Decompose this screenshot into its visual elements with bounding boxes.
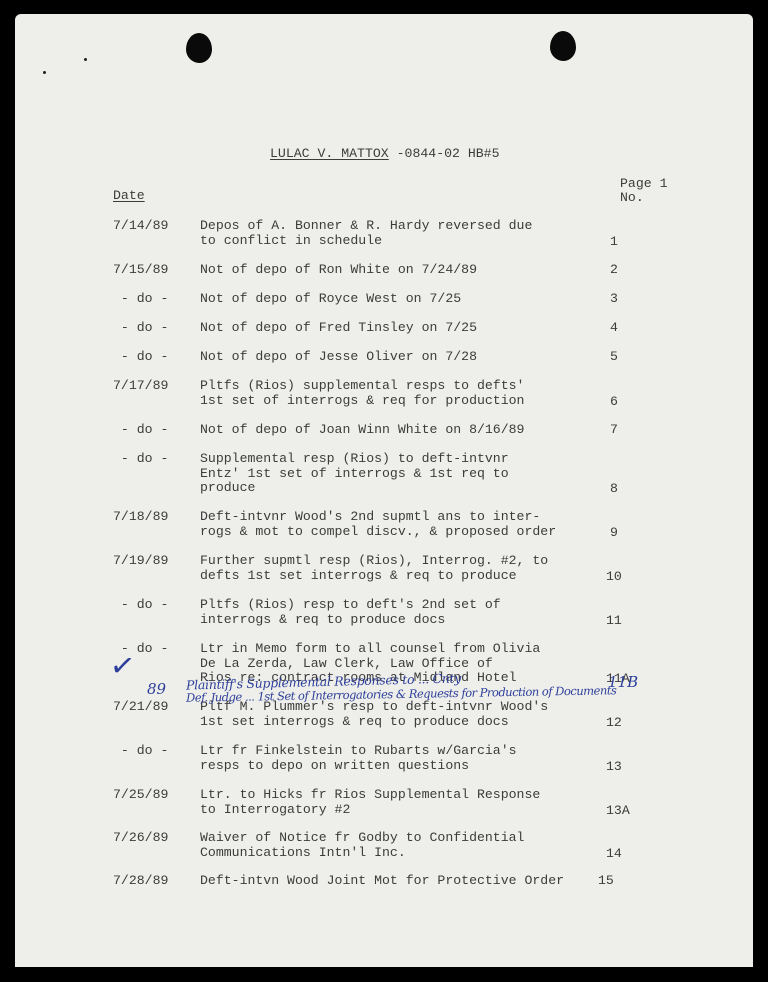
entry-description-line: resps to depo on written questions [200, 758, 469, 773]
entry-number: 1 [610, 234, 618, 249]
entry-date: - do - [113, 743, 168, 758]
entry-description-line: Pltfs (Rios) supplemental resps to defts… [200, 378, 524, 393]
punch-hole [550, 31, 576, 61]
entry-description-line: defts 1st set interrogs & req to produce [200, 568, 517, 583]
entry-description-line: to Interrogatory #2 [200, 802, 350, 817]
entry-number: 7 [610, 422, 618, 437]
entry-description-line: to conflict in schedule [200, 233, 382, 248]
handwritten-year: 89 [147, 683, 166, 696]
entry-date: - do - [113, 597, 168, 612]
handwritten-number: 11B [608, 676, 638, 689]
page-label: Page 1 [620, 176, 667, 191]
document-title: LULAC V. MATTOX -0844-02 HB#5 [270, 146, 500, 161]
entry-number: 2 [610, 262, 618, 277]
entry-date: - do - [113, 451, 168, 466]
case-name: LULAC V. MATTOX [270, 146, 389, 161]
entry-description-line: De La Zerda, Law Clerk, Law Office of [200, 656, 493, 671]
entry-date: - do - [113, 291, 168, 306]
entry-number: 15 [598, 873, 614, 888]
entry-description-line: Entz' 1st set of interrogs & 1st req to [200, 466, 509, 481]
entry-date: 7/18/89 [113, 509, 168, 524]
entry-description-line: rogs & mot to compel discv., & proposed … [200, 524, 556, 539]
number-column-header: No. [620, 190, 644, 205]
entry-description-line: Pltfs (Rios) resp to deft's 2nd set of [200, 597, 501, 612]
entry-number: 8 [610, 481, 618, 496]
entry-number: 5 [610, 349, 618, 364]
entry-date: 7/19/89 [113, 553, 168, 568]
speck-mark [84, 58, 87, 61]
entry-description-line: Ltr in Memo form to all counsel from Oli… [200, 641, 540, 656]
speck-mark [43, 71, 46, 74]
entry-number: 11 [606, 613, 622, 628]
entry-date: 7/14/89 [113, 218, 168, 233]
entry-description-line: Further supmtl resp (Rios), Interrog. #2… [200, 553, 548, 568]
entry-description-line: Deft-intvn Wood Joint Mot for Protective… [200, 873, 564, 888]
entry-date: 7/17/89 [113, 378, 168, 393]
entry-description-line: 1st set of interrogs & req for productio… [200, 393, 524, 408]
entry-description-line: 1st set interrogs & req to produce docs [200, 714, 509, 729]
entry-description-line: Not of depo of Ron White on 7/24/89 [200, 262, 477, 277]
entry-number: 12 [606, 715, 622, 730]
entry-description-line: Communications Intn'l Inc. [200, 845, 406, 860]
punch-hole [186, 33, 212, 63]
entry-description-line: Not of depo of Fred Tinsley on 7/25 [200, 320, 477, 335]
entry-description-line: interrogs & req to produce docs [200, 612, 445, 627]
entry-date: - do - [113, 320, 168, 335]
entry-number: 3 [610, 291, 618, 306]
entry-description-line: produce [200, 480, 255, 495]
entry-description-line: Depos of A. Bonner & R. Hardy reversed d… [200, 218, 532, 233]
entry-date: - do - [113, 349, 168, 364]
entry-number: 14 [606, 846, 622, 861]
entry-number: 13 [606, 759, 622, 774]
date-column-header: Date [113, 188, 145, 203]
entry-number: 13A [606, 803, 630, 818]
entry-description-line: Supplemental resp (Rios) to deft-intvnr [200, 451, 509, 466]
entry-description-line: Ltr. to Hicks fr Rios Supplemental Respo… [200, 787, 540, 802]
entry-date: - do - [113, 422, 168, 437]
entry-date: 7/28/89 [113, 873, 168, 888]
entry-description-line: Ltr fr Finkelstein to Rubarts w/Garcia's [200, 743, 517, 758]
case-number: -0844-02 HB#5 [389, 146, 500, 161]
entry-date: 7/26/89 [113, 830, 168, 845]
entry-description-line: Not of depo of Joan Winn White on 8/16/8… [200, 422, 524, 437]
entry-number: 10 [606, 569, 622, 584]
entry-number: 9 [610, 525, 618, 540]
entry-number: 4 [610, 320, 618, 335]
entry-description-line: Not of depo of Jesse Oliver on 7/28 [200, 349, 477, 364]
entry-number: 6 [610, 394, 618, 409]
entry-date: 7/25/89 [113, 787, 168, 802]
entry-description-line: Waiver of Notice fr Godby to Confidentia… [200, 830, 524, 845]
entry-date: 7/21/89 [113, 699, 168, 714]
entry-description-line: Not of depo of Royce West on 7/25 [200, 291, 461, 306]
entry-description-line: Deft-intvnr Wood's 2nd supmtl ans to int… [200, 509, 540, 524]
check-mark-icon: ✓ [109, 658, 136, 674]
entry-date: 7/15/89 [113, 262, 168, 277]
